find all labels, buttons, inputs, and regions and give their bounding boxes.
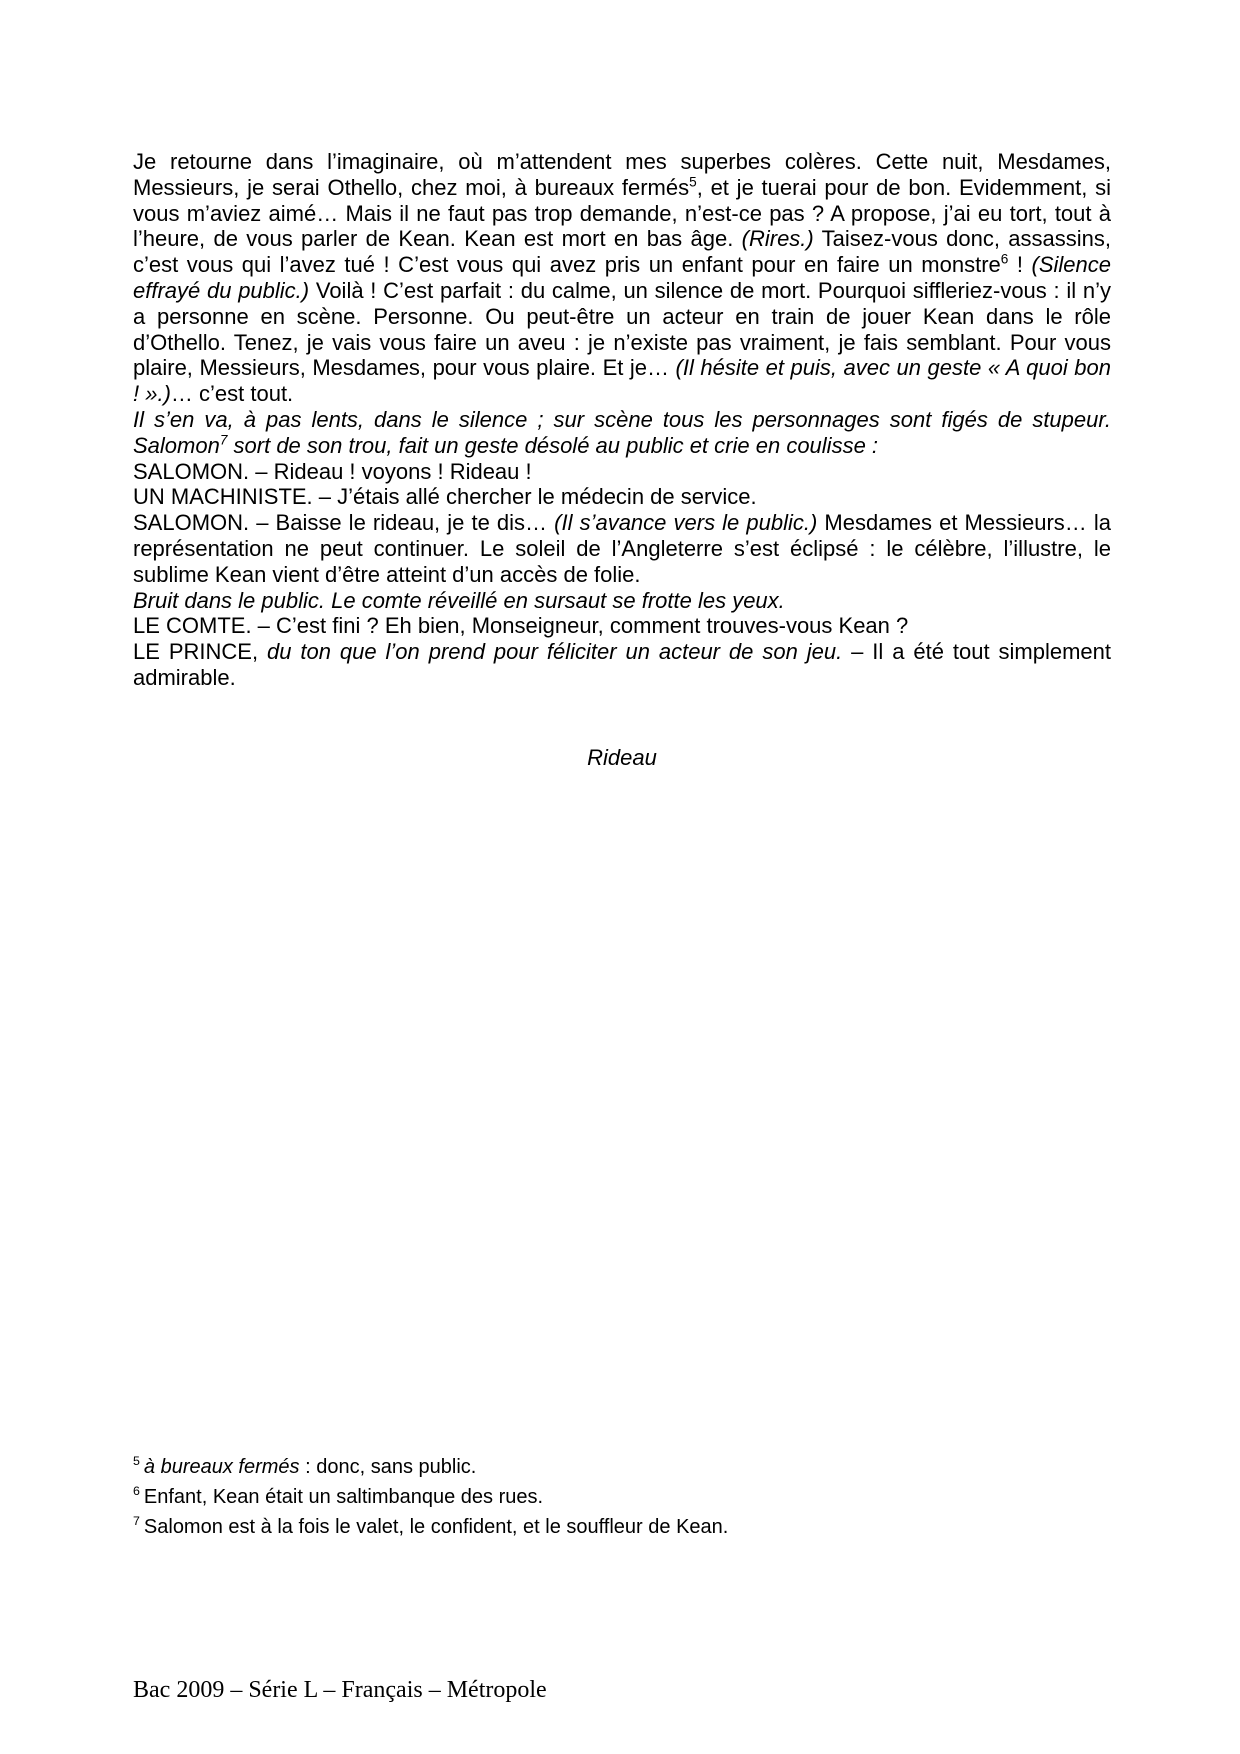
footnote: 6Enfant, Kean était un saltimbanque des … [133, 1482, 1111, 1512]
footnote: 7Salomon est à la fois le valet, le conf… [133, 1512, 1111, 1542]
curtain-line: Rideau [133, 745, 1111, 771]
dialogue-salomon-2: SALOMON. – Baisse le rideau, je te dis… … [133, 510, 1111, 587]
stage-direction-exit: Il s’en va, à pas lents, dans le silence… [133, 407, 1111, 459]
text-segment: Enfant, Kean était un saltimbanque des r… [144, 1486, 543, 1508]
text-segment: (Il s’avance vers le public.) [554, 510, 817, 535]
text-body: Je retourne dans l’imaginaire, où m’atte… [133, 149, 1111, 771]
footnote-ref: 5 [689, 174, 697, 189]
kean-monologue: Je retourne dans l’imaginaire, où m’atte… [133, 149, 1111, 407]
dialogue-comte: LE COMTE. – C’est fini ? Eh bien, Monsei… [133, 613, 1111, 639]
text-segment: ! [1008, 252, 1031, 277]
footnote: 5à bureaux fermés : donc, sans public. [133, 1452, 1111, 1482]
footnote-marker: 5 [133, 1454, 140, 1468]
page-footer: Bac 2009 – Série L – Français – Métropol… [133, 1676, 547, 1704]
text-segment: sort de son trou, fait un geste désolé a… [227, 433, 878, 458]
text-segment: … c’est tout. [171, 381, 293, 406]
text-segment: SALOMON. – Baisse le rideau, je te dis… [133, 510, 554, 535]
dialogue-salomon-1: SALOMON. – Rideau ! voyons ! Rideau ! [133, 459, 1111, 485]
text-segment: UN MACHINISTE. – J’étais allé chercher l… [133, 484, 757, 509]
dialogue-machiniste: UN MACHINISTE. – J’étais allé chercher l… [133, 484, 1111, 510]
dialogue-prince: LE PRINCE, du ton que l’on prend pour fé… [133, 639, 1111, 691]
text-segment: Salomon est à la fois le valet, le confi… [144, 1516, 728, 1538]
footnote-marker: 7 [133, 1514, 140, 1528]
text-segment: LE COMTE. – C’est fini ? Eh bien, Monsei… [133, 613, 908, 638]
text-segment: (Rires.) [742, 226, 814, 251]
text-segment: : donc, sans public. [300, 1456, 477, 1478]
text-segment: Bruit dans le public. Le comte réveillé … [133, 588, 785, 613]
footnotes: 5à bureaux fermés : donc, sans public.6E… [133, 1452, 1111, 1542]
text-segment: à bureaux fermés [144, 1456, 300, 1478]
text-segment: SALOMON. – Rideau ! voyons ! Rideau ! [133, 459, 532, 484]
text-segment: LE PRINCE, [133, 639, 267, 664]
text-segment: Rideau [587, 745, 657, 770]
text-segment: du ton que l’on prend pour féliciter un … [267, 639, 842, 664]
document-page: Je retourne dans l’imaginaire, où m’atte… [0, 0, 1240, 1754]
stage-direction-public: Bruit dans le public. Le comte réveillé … [133, 588, 1111, 614]
footnote-marker: 6 [133, 1484, 140, 1498]
